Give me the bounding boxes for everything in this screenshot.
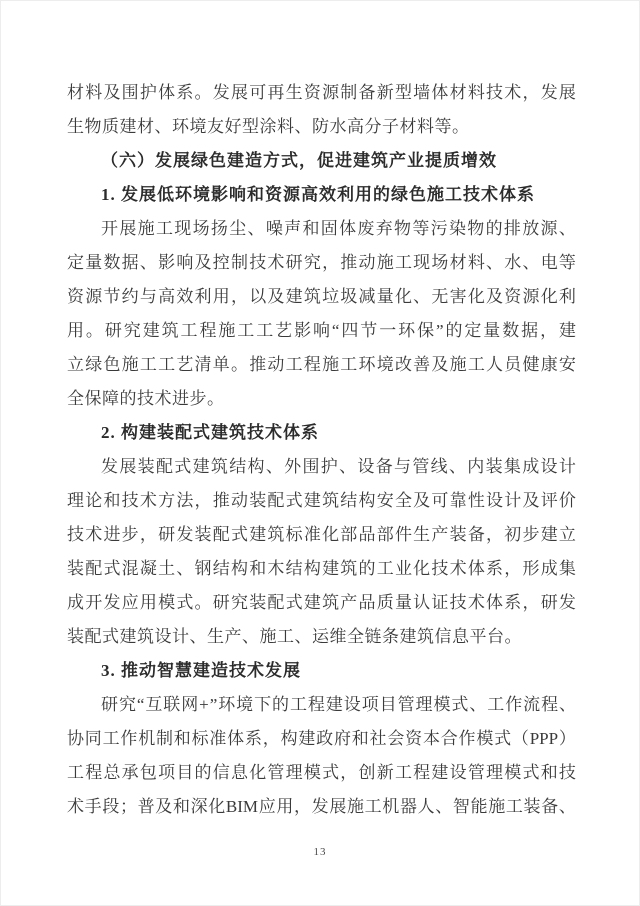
section-heading: （六）发展绿色建造方式，促进建筑产业提质增效: [67, 144, 576, 178]
text-line: 工程总承包项目的信息化管理模式，创新工程建设管理模式和技: [67, 756, 576, 790]
section-heading: 2. 构建装配式建筑技术体系: [67, 416, 576, 450]
text-line: 用。研究建筑工程施工工艺影响“四节一环保”的定量数据，建: [67, 314, 576, 348]
text-line: 生物质建材、环境友好型涂料、防水高分子材料等。: [67, 110, 576, 144]
page-number: 13: [1, 846, 639, 858]
text-line: 装配式混凝土、钢结构和木结构建筑的工业化技术体系，形成集: [67, 552, 576, 586]
document-page: 材料及围护体系。发展可再生资源制备新型墙体材料技术，发展生物质建材、环境友好型涂…: [0, 0, 640, 906]
text-line: 资源节约与高效利用，以及建筑垃圾减量化、无害化及资源化利: [67, 280, 576, 314]
text-line: 术手段；普及和深化BIM应用，发展施工机器人、智能施工装备、: [67, 790, 576, 824]
text-line: 开展施工现场扬尘、噪声和固体废弃物等污染物的排放源、: [67, 212, 576, 246]
document-body: 材料及围护体系。发展可再生资源制备新型墙体材料技术，发展生物质建材、环境友好型涂…: [67, 76, 576, 824]
text-line: 材料及围护体系。发展可再生资源制备新型墙体材料技术，发展: [67, 76, 576, 110]
text-line: 装配式建筑设计、生产、施工、运维全链条建筑信息平台。: [67, 620, 576, 654]
text-line: 定量数据、影响及控制技术研究，推动施工现场材料、水、电等: [67, 246, 576, 280]
section-heading: 3. 推动智慧建造技术发展: [67, 654, 576, 688]
text-line: 成开发应用模式。研究装配式建筑产品质量认证技术体系，研发: [67, 586, 576, 620]
section-heading: 1. 发展低环境影响和资源高效利用的绿色施工技术体系: [67, 178, 576, 212]
text-line: 全保障的技术进步。: [67, 382, 576, 416]
text-line: 发展装配式建筑结构、外围护、设备与管线、内装集成设计: [67, 450, 576, 484]
text-line: 立绿色施工工艺清单。推动工程施工环境改善及施工人员健康安: [67, 348, 576, 382]
text-line: 协同工作机制和标准体系，构建政府和社会资本合作模式（PPP）: [67, 722, 576, 756]
text-line: 研究“互联网+”环境下的工程建设项目管理模式、工作流程、: [67, 688, 576, 722]
text-line: 技术进步，研发装配式建筑标准化部品部件生产装备，初步建立: [67, 518, 576, 552]
text-line: 理论和技术方法，推动装配式建筑结构安全及可靠性设计及评价: [67, 484, 576, 518]
